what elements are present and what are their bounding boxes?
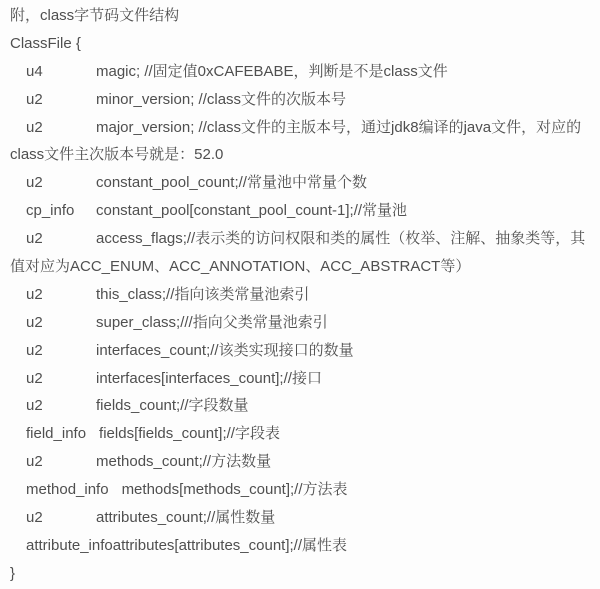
code-line: cp_infoconstant_pool[constant_pool_count… — [10, 197, 594, 225]
field-declaration: this_class;//指向该类常量池索引 — [96, 286, 309, 303]
code-line: 附，class字节码文件结构 — [10, 2, 594, 30]
field-declaration: methods[methods_count];//方法表 — [122, 481, 348, 498]
code-line: u2major_version; //class文件的主版本号，通过jdk8编译… — [10, 114, 594, 142]
text-segment: 附，class字节码文件结构 — [10, 7, 179, 24]
code-line: u2this_class;//指向该类常量池索引 — [10, 281, 594, 309]
code-line: method_infomethods[methods_count];//方法表 — [10, 476, 594, 504]
field-type: u2 — [26, 504, 96, 532]
text-segment: ClassFile { — [10, 35, 81, 52]
field-declaration: methods_count;//方法数量 — [96, 453, 271, 470]
text-segment: class文件主次版本号就是：52.0 — [10, 146, 223, 163]
code-line: u2methods_count;//方法数量 — [10, 448, 594, 476]
field-declaration: constant_pool_count;//常量池中常量个数 — [96, 174, 367, 191]
code-line: u2attributes_count;//属性数量 — [10, 504, 594, 532]
field-declaration: interfaces_count;//该类实现接口的数量 — [96, 342, 354, 359]
code-line: u2fields_count;//字段数量 — [10, 392, 594, 420]
code-line: } — [10, 560, 594, 588]
field-declaration: access_flags;//表示类的访问权限和类的属性（枚举、注解、抽象类等，… — [96, 230, 585, 247]
field-declaration: constant_pool[constant_pool_count-1];//常… — [96, 202, 407, 219]
field-declaration: major_version; //class文件的主版本号，通过jdk8编译的j… — [96, 119, 581, 136]
code-line: field_infofields[fields_count];//字段表 — [10, 420, 594, 448]
field-declaration: minor_version; //class文件的次版本号 — [96, 91, 346, 108]
field-type: u2 — [26, 114, 96, 142]
field-type: field_info — [26, 420, 99, 448]
code-line: u2access_flags;//表示类的访问权限和类的属性（枚举、注解、抽象类… — [10, 225, 594, 253]
field-type: u2 — [26, 392, 96, 420]
field-type: u2 — [26, 448, 96, 476]
field-type: u2 — [26, 309, 96, 337]
field-declaration: super_class;///指向父类常量池索引 — [96, 314, 328, 331]
code-line: u2interfaces[interfaces_count];//接口 — [10, 365, 594, 393]
field-type: method_info — [26, 476, 122, 504]
field-declaration: fields[fields_count];//字段表 — [99, 425, 280, 442]
text-segment: attribute_infoattributes[attributes_coun… — [26, 537, 347, 554]
code-line: u2super_class;///指向父类常量池索引 — [10, 309, 594, 337]
field-type: u2 — [26, 337, 96, 365]
field-declaration: interfaces[interfaces_count];//接口 — [96, 370, 322, 387]
code-line: u2constant_pool_count;//常量池中常量个数 — [10, 169, 594, 197]
code-line: 值对应为ACC_ENUM、ACC_ANNOTATION、ACC_ABSTRACT… — [10, 253, 594, 281]
classfile-structure-document: 附，class字节码文件结构ClassFile {u4magic; //固定值0… — [0, 0, 600, 588]
text-segment: } — [10, 565, 15, 582]
text-segment: 值对应为ACC_ENUM、ACC_ANNOTATION、ACC_ABSTRACT… — [10, 258, 470, 275]
field-type: u2 — [26, 225, 96, 253]
field-type: cp_info — [26, 197, 96, 225]
field-declaration: fields_count;//字段数量 — [96, 397, 249, 414]
code-line: class文件主次版本号就是：52.0 — [10, 141, 594, 169]
code-line: attribute_infoattributes[attributes_coun… — [10, 532, 594, 560]
field-type: u2 — [26, 86, 96, 114]
code-line: u2minor_version; //class文件的次版本号 — [10, 86, 594, 114]
field-declaration: attributes_count;//属性数量 — [96, 509, 275, 526]
field-type: u2 — [26, 365, 96, 393]
code-line: u2interfaces_count;//该类实现接口的数量 — [10, 337, 594, 365]
code-line: u4magic; //固定值0xCAFEBABE，判断是不是class文件 — [10, 58, 594, 86]
field-type: u2 — [26, 281, 96, 309]
code-line: ClassFile { — [10, 30, 594, 58]
field-type: u2 — [26, 169, 96, 197]
field-type: u4 — [26, 58, 96, 86]
field-declaration: magic; //固定值0xCAFEBABE，判断是不是class文件 — [96, 63, 448, 80]
